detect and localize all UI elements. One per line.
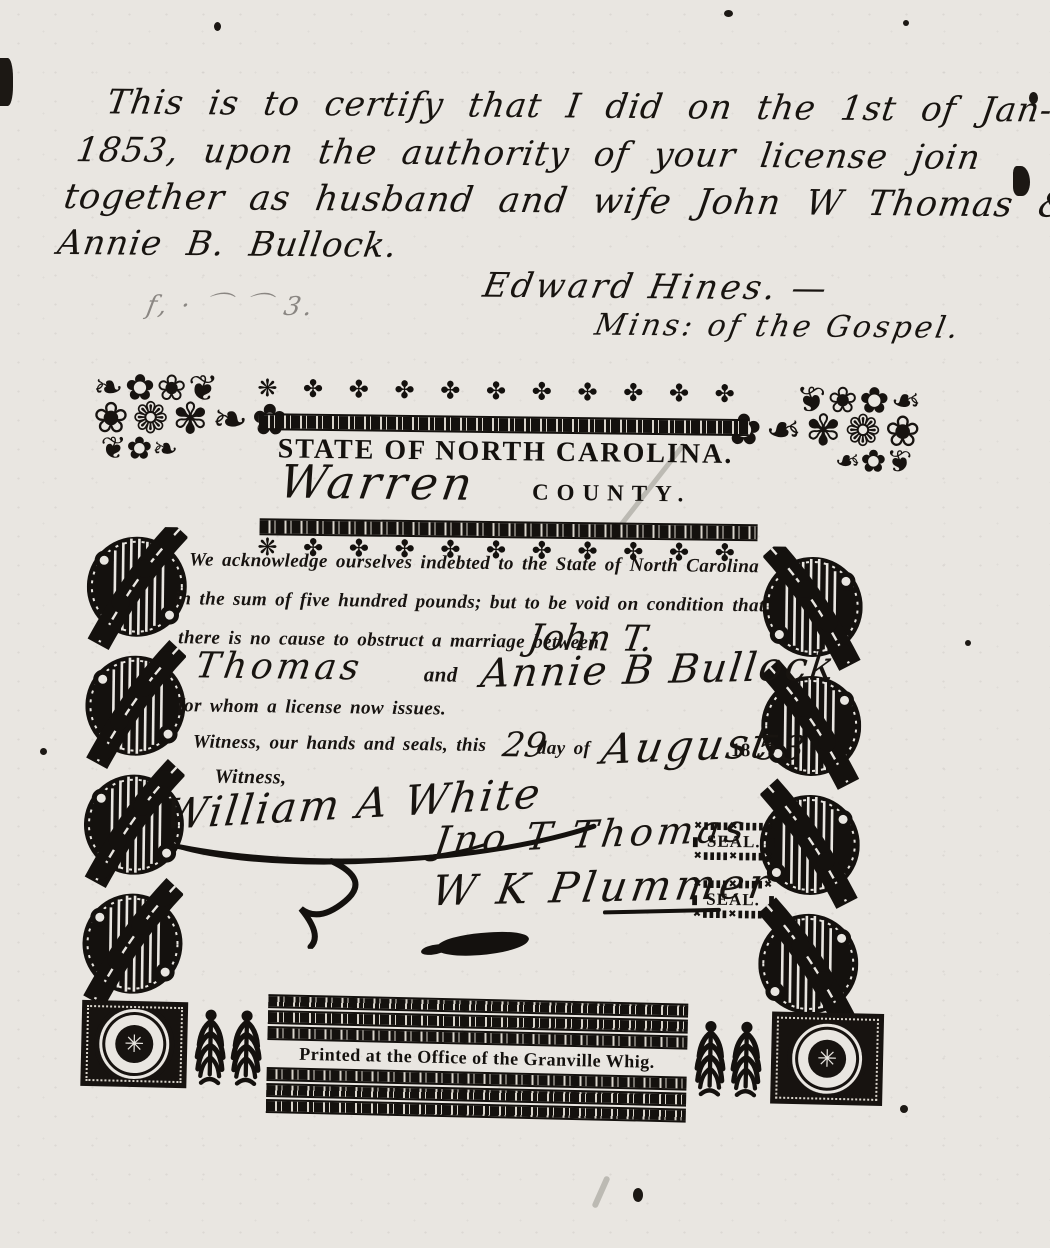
floral-corner-ornament-top-left: ❧ ✿ ❀ ❦ ❀ ❁ ✾ ❧ ✿ ❦ ✿ ❧ (92, 374, 283, 462)
seal-border-side: ▮ (768, 893, 775, 908)
medallion-ornament-left: ✳ (80, 1000, 188, 1088)
year-prefix-printed: 18 (731, 740, 751, 762)
and-label: and (424, 662, 458, 687)
note-line-4: Annie B. Bullock. (55, 223, 400, 266)
year-handwritten: 53 (754, 728, 811, 769)
seal-border-top: ✖▮▮▮▮✖▮▮▮▮✖ (689, 879, 777, 890)
faint-pencil-marks: f, · ⌒ ⌒ 3. (144, 285, 319, 323)
floral-corner-ornament-top-right: ❧ ✿ ❀ ❦ ❀ ❁ ✾ ❧ ✿ ❦ ✿ ❧ (730, 386, 921, 474)
seal-stamp-2: ✖▮▮▮▮✖▮▮▮▮✖ ▮ SEAL. ▮ ✖▮▮▮▮✖▮▮▮▮✖ (689, 879, 777, 920)
groom-last-name-handwritten: Thomas (193, 645, 366, 688)
medallion-ornament-right: ✳ (770, 1011, 884, 1106)
bride-name-handwritten: Annie B Bullock (478, 643, 838, 697)
handwritten-certification-note: This is to certify that I did on the 1st… (0, 0, 1050, 5)
chain-border-top (259, 413, 749, 436)
medallion-ring: ✳ (93, 1003, 175, 1085)
seal-label: SEAL. (706, 890, 760, 911)
medallion-ring: ✳ (786, 1018, 868, 1100)
seal-stamp-1: ✖▮▮▮▮✖▮▮▮▮✖ ▮ SEAL. ▮ ✖▮▮▮▮✖▮▮▮▮✖ (690, 821, 778, 862)
seal-border-top: ✖▮▮▮▮✖▮▮▮▮✖ (690, 821, 778, 832)
note-line-2: 1853, upon the authority of your license… (74, 130, 984, 178)
seal-label: SEAL. (707, 832, 761, 853)
minister-title: Mins: of the Gospel. (592, 308, 964, 346)
county-name-handwritten: Warren (276, 454, 480, 510)
ink-speck (965, 640, 971, 646)
seal-border-bottom: ✖▮▮▮▮✖▮▮▮▮✖ (689, 909, 777, 920)
medallion-rosette-icon: ✳ (115, 1025, 154, 1064)
seal-border-side: ▮ (691, 892, 698, 907)
rosette-border-top: ❋ ✤ ✤ ✤ ✤ ✤ ✤ ✤ ✤ ✤ ✤ ✤ ✤ ✤ ❋ (257, 374, 749, 408)
ink-speck (633, 1188, 643, 1202)
ink-speck (40, 748, 47, 755)
leaf-garland-border-right (758, 546, 864, 1022)
note-line-1: This is to certify that I did on the 1st… (104, 82, 1050, 130)
medallion-rosette-icon: ✳ (808, 1039, 847, 1078)
bottom-ornamental-border: ✳ (80, 984, 888, 1116)
witness-seals-line: Witness, our hands and seals, this (193, 731, 487, 757)
plume-ornament-right (692, 1012, 766, 1108)
ink-smudge (0, 58, 13, 106)
ink-speck (903, 20, 909, 26)
note-line-3: together as husband and wife John W Thom… (61, 177, 1050, 226)
minister-signature: Edward Hines. — (480, 266, 833, 309)
scan-smudge (591, 1175, 610, 1209)
ink-speck (724, 10, 733, 17)
marriage-bond-certificate: ❧ ✿ ❀ ❦ ❀ ❁ ✾ ❧ ✿ ❦ ✿ ❧ ❧ ✿ ❀ ❦ ❀ ❁ ✾ ❧ … (81, 368, 896, 1113)
witness-line-text: Witness, our hands and seals, this (193, 731, 487, 756)
bond-text-line-2: in the sum of five hundred pounds; but t… (175, 588, 765, 617)
seal-border-side: ▮ (769, 835, 776, 850)
county-label: COUNTY. (532, 480, 692, 508)
seal-border-side: ▮ (692, 834, 699, 849)
rosette-end-icon: ❋ (257, 374, 286, 402)
day-of-label: day of (537, 738, 591, 761)
license-line: for whom a license now issues. (177, 695, 446, 720)
ink-speck (900, 1105, 908, 1113)
imprint-band: Printed at the Office of the Granville W… (266, 994, 689, 1122)
rosette-row-icons: ✤ ✤ ✤ ✤ ✤ ✤ ✤ ✤ ✤ ✤ ✤ ✤ ✤ (303, 375, 750, 408)
ink-speck (214, 22, 221, 31)
scanned-document-page: This is to certify that I did on the 1st… (0, 0, 1050, 1248)
plume-ornament-left (192, 1000, 266, 1096)
